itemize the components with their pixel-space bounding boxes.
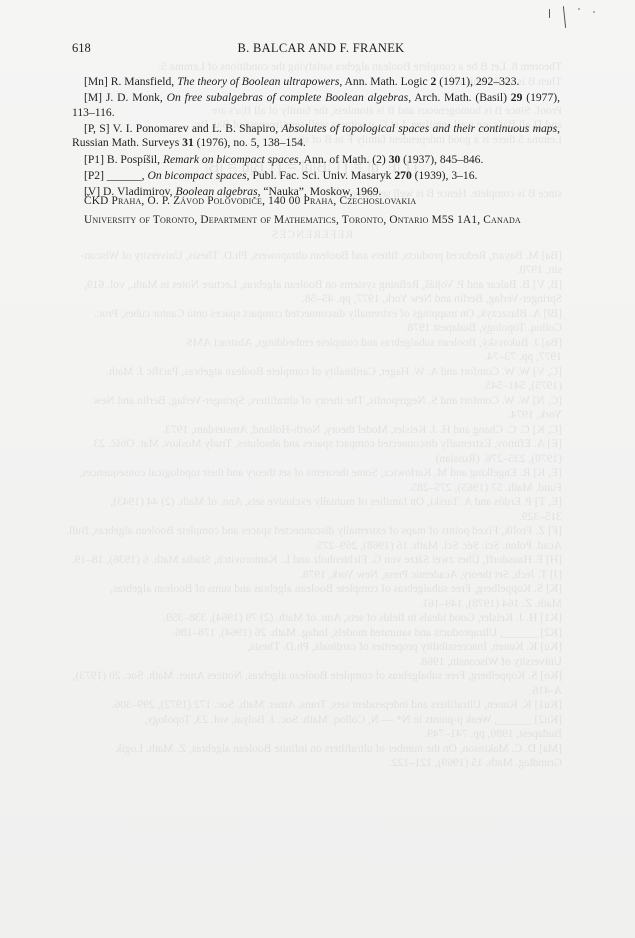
bleed-through-line: [Ma] D. C. Makinson, On the number of ul… [62,742,562,757]
reference-key: [M] [84,91,102,104]
scanned-page: Theorem 8. Let B be a complete Boolean a… [0,0,635,938]
bleed-through-line: Acad. Polon. Sci. Sér. Sci. Math. 16 (19… [62,539,562,554]
reference-pages: (1971), 292–323. [436,75,519,88]
reference-title: On bicompact spaces [147,169,246,182]
bleed-through-line: Math. Z. 164 (1978), 149–161. [62,597,562,612]
bleed-through-line: [C, N] W. W. Comfort and S. Negrepontis,… [62,394,562,409]
bleed-through-line: York, 1974. [62,408,562,423]
bleed-through-line: [Bł] A. Błaszczyk, On mappings of extrem… [62,307,562,322]
reference-key: [P1] [84,153,104,166]
bleed-through-line: [J] T. Jech, Set theory, Academic Press,… [62,568,562,583]
bleed-through-line: [K2] ______, Ultraproducts and saturated… [62,626,562,641]
scan-mark [549,9,550,18]
bleed-through-heading: REFERENCES [62,228,562,243]
reference-title: Remark on bicompact spaces [163,153,299,166]
bleed-through-line: Fund. Math. 57 (1965), 275–285. [62,481,562,496]
reference-key: [Mn] [84,75,108,88]
bleed-through-line: Colloq. Topology, Budapest 1978. [62,321,562,336]
bleed-through-line: Budapest, 1980, pp. 741–749. [62,727,562,742]
running-title: B. BALCAR AND F. FRANEK [72,41,560,56]
bleed-through-line: [H] F. Hausdorff, Über zwei Sätze von G.… [62,553,562,568]
reference-entry: [P1] B. Pospíšil, Remark on bicompact sp… [72,153,560,167]
reference-authors: J. D. Monk, [106,91,163,104]
reference-key: [P, S] [84,122,110,135]
reference-title: Absolutes of topological spaces and thei… [281,122,557,135]
reference-volume: 29 [511,91,523,104]
bleed-through-line: [Ku2] ______, Weak p-points in N* — N, C… [62,713,562,728]
bleed-through-line: [K1] H. J. Keisler, Good ideals in field… [62,611,562,626]
reference-source: , Ann. of Math. (2) [299,153,389,166]
affiliation-czech: ČKD Praha, O. P. Závod Polovodiče, 140 0… [84,195,564,207]
bleed-through-line: [K] S. Koppelberg, Free subalgebras of c… [62,582,562,597]
bleed-through-line: [Ba] J. Bukovský, Boolean subalgebras an… [62,336,562,351]
bleed-through-line: University of Wisconsin, 1968. [62,655,562,670]
reference-volume: 270 [394,169,411,182]
reference-source: , Ann. Math. Logic [339,75,430,88]
bleed-through-line: (1970), 235–276. (Russian) [62,452,562,467]
bleed-through-line: [Ku] K. Kunen, Inaccessibility propertie… [62,640,562,655]
affiliation-toronto: University of Toronto, Department of Mat… [84,214,564,226]
reference-volume: 30 [389,153,401,166]
bleed-through-line: [B, V] B. Balcar and P. Vojtáš, Refining… [62,278,562,293]
bleed-through-line: A-416. [62,684,562,699]
reference-source: , Publ. Fac. Sci. Univ. Masaryk [247,169,395,182]
bleed-through-line: (1975), 541–545. [62,379,562,394]
bleed-through-line: 1977, pp. 73–74. [62,350,562,365]
bleed-through-line: 315–329. [62,510,562,525]
scan-mark [563,6,566,28]
bleed-through-line: [Ba] M. Bayart, Reduced products, filter… [62,249,562,264]
reference-authors: ______, [107,169,145,182]
reference-key: [P2] [84,169,104,182]
reference-source: , Arch. Math. (Basil) [408,91,511,104]
bleed-through-line: [E, T] P. Erdős and A. Tarski, On famili… [62,495,562,510]
reference-entry: [M] J. D. Monk, On free subalgebras of c… [72,91,560,119]
bleed-through-line: [E] A. Efimov, Extremally disconnected c… [62,437,562,452]
bleed-through-line: sin, 1970. [62,263,562,278]
reference-authors: B. Pospíšil, [107,153,160,166]
reference-entry: [Mn] R. Mansfield, The theory of Boolean… [72,75,560,89]
reference-entry: [P, S] V. I. Ponomarev and L. B. Shapiro… [72,122,560,150]
bleed-through-line: [C, V] W. W. Comfort and A. W. Hager, Ca… [62,365,562,380]
running-head: 618 B. BALCAR AND F. FRANEK [72,41,560,57]
bleed-through-line: Theorem 8. Let B be a complete Boolean a… [62,60,562,75]
reference-list: [Mn] R. Mansfield, The theory of Boolean… [72,75,560,202]
bleed-through-line: [Ku1] K. Kunen, Ultrafilters and indepen… [62,698,562,713]
reference-entry: [P2] ______, On bicompact spaces, Publ. … [72,169,560,183]
bleed-through-line: [F] Z. Frolík, Fixed points of maps of e… [62,524,562,539]
bleed-through-line: [Ko] S. Koppelberg, Free subalgebras of … [62,669,562,684]
reference-pages: (1937), 845–846. [400,153,483,166]
reference-pages: (1976), no. 5, 138–154. [194,136,306,149]
reference-authors: V. I. Ponomarev and L. B. Shapiro, [113,122,279,135]
bleed-through-line: [C, K] C. C. Chang and H. J. Keisler, Mo… [62,423,562,438]
bleed-through-line: [E, K] R. Engelking and M. Karłowicz, So… [62,466,562,481]
bleed-through-line: Springer-Verlag, Berlin and New York, 19… [62,292,562,307]
reference-authors: R. Mansfield, [111,75,174,88]
scan-speck [593,11,595,13]
reference-title: On free subalgebras of complete Boolean … [167,91,409,104]
scan-speck [578,8,580,10]
reference-volume: 31 [182,136,194,149]
bleed-through-line: Grundlag. Math. 15 (1969), 121–122. [62,756,562,771]
reference-title: The theory of Boolean ultrapowers [177,75,339,88]
reference-pages: (1939), 3–16. [412,169,478,182]
